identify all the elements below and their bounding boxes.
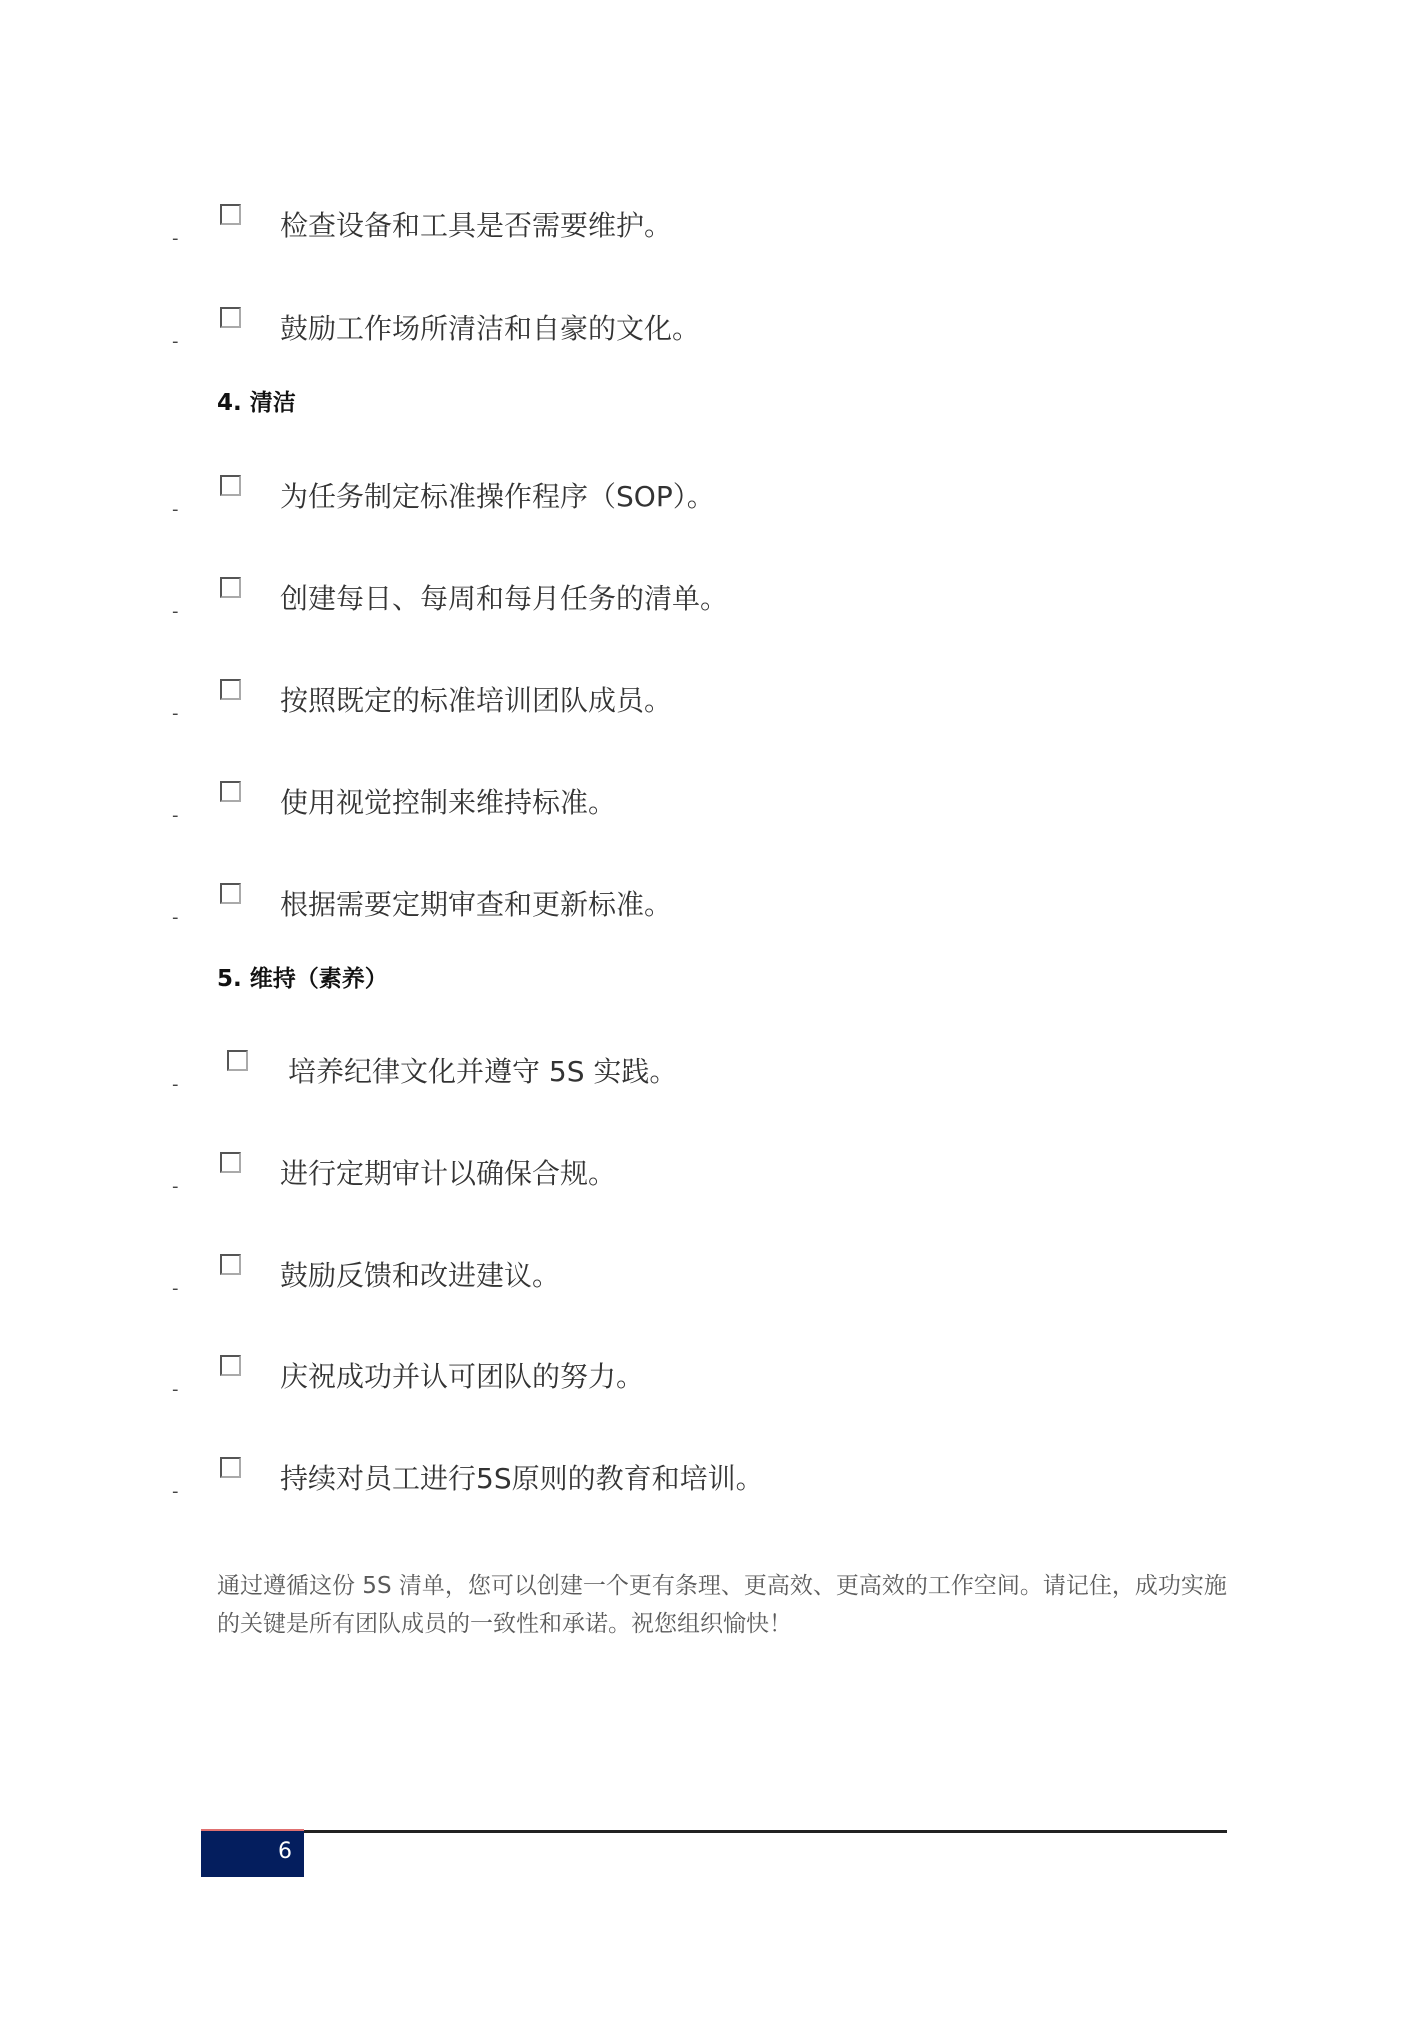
bullet-dash: - xyxy=(172,1379,179,1400)
checkbox[interactable] xyxy=(220,1254,241,1275)
checklist-item: - 为任务制定标准操作程序（SOP）。 xyxy=(0,489,1100,529)
checklist-item: - 创建每日、每周和每月任务的清单。 xyxy=(0,591,1100,631)
section-heading: 4. 清洁 xyxy=(217,384,296,417)
bullet-dash: - xyxy=(172,499,179,520)
checklist-item-label: 培养纪律文化并遵守 5S 实践。 xyxy=(288,1052,677,1092)
bullet-dash: - xyxy=(172,805,179,826)
checklist-item: - 鼓励反馈和改进建议。 xyxy=(0,1268,1100,1308)
checkbox[interactable] xyxy=(220,781,241,802)
checklist-item-label: 根据需要定期审查和更新标准。 xyxy=(280,885,672,925)
checkbox[interactable] xyxy=(220,883,241,904)
checklist-item: - 根据需要定期审查和更新标准。 xyxy=(0,897,1100,937)
checkbox[interactable] xyxy=(220,204,241,225)
checklist-item-label: 使用视觉控制来维持标准。 xyxy=(280,783,616,823)
checklist-item-label: 检查设备和工具是否需要维护。 xyxy=(280,206,672,246)
checkbox[interactable] xyxy=(227,1050,248,1071)
checkbox[interactable] xyxy=(220,475,241,496)
checklist-item-label: 鼓励反馈和改进建议。 xyxy=(280,1256,560,1296)
checkbox[interactable] xyxy=(220,1457,241,1478)
checkbox[interactable] xyxy=(220,1152,241,1173)
checkbox[interactable] xyxy=(220,679,241,700)
checklist-item: - 按照既定的标准培训团队成员。 xyxy=(0,693,1100,733)
bullet-dash: - xyxy=(172,1176,179,1197)
checklist-item-label: 按照既定的标准培训团队成员。 xyxy=(280,681,672,721)
checkbox[interactable] xyxy=(220,1355,241,1376)
checklist-item: - 庆祝成功并认可团队的努力。 xyxy=(0,1369,1100,1409)
checklist-item-label: 持续对员工进行5S原则的教育和培训。 xyxy=(280,1459,764,1499)
bullet-dash: - xyxy=(172,907,179,928)
checklist-item: - 持续对员工进行5S原则的教育和培训。 xyxy=(0,1471,1100,1511)
checklist-item-label: 庆祝成功并认可团队的努力。 xyxy=(280,1357,644,1397)
checklist-item: - 培养纪律文化并遵守 5S 实践。 xyxy=(0,1064,1100,1104)
checklist-item: - 检查设备和工具是否需要维护。 xyxy=(0,218,1100,258)
footer-rule xyxy=(201,1830,1227,1833)
section-heading: 5. 维持（素养） xyxy=(217,960,388,993)
checklist-item: - 进行定期审计以确保合规。 xyxy=(0,1166,1100,1206)
checkbox[interactable] xyxy=(220,577,241,598)
checklist-item-label: 为任务制定标准操作程序（SOP）。 xyxy=(280,477,715,517)
page-number: 6 xyxy=(278,1839,292,1864)
closing-paragraph: 通过遵循这份 5S 清单，您可以创建一个更有条理、更高效、更高效的工作空间。请记… xyxy=(217,1567,1227,1643)
bullet-dash: - xyxy=(172,331,179,352)
page-number-box: 6 xyxy=(201,1831,304,1877)
checklist-item: - 鼓励工作场所清洁和自豪的文化。 xyxy=(0,321,1100,361)
bullet-dash: - xyxy=(172,1278,179,1299)
bullet-dash: - xyxy=(172,1481,179,1502)
checklist-item-label: 鼓励工作场所清洁和自豪的文化。 xyxy=(280,309,700,349)
bullet-dash: - xyxy=(172,1074,179,1095)
bullet-dash: - xyxy=(172,228,179,249)
checklist-item-label: 创建每日、每周和每月任务的清单。 xyxy=(280,579,728,619)
checklist-item: - 使用视觉控制来维持标准。 xyxy=(0,795,1100,835)
checklist-item-label: 进行定期审计以确保合规。 xyxy=(280,1154,616,1194)
checkbox[interactable] xyxy=(220,307,241,328)
bullet-dash: - xyxy=(172,703,179,724)
bullet-dash: - xyxy=(172,601,179,622)
